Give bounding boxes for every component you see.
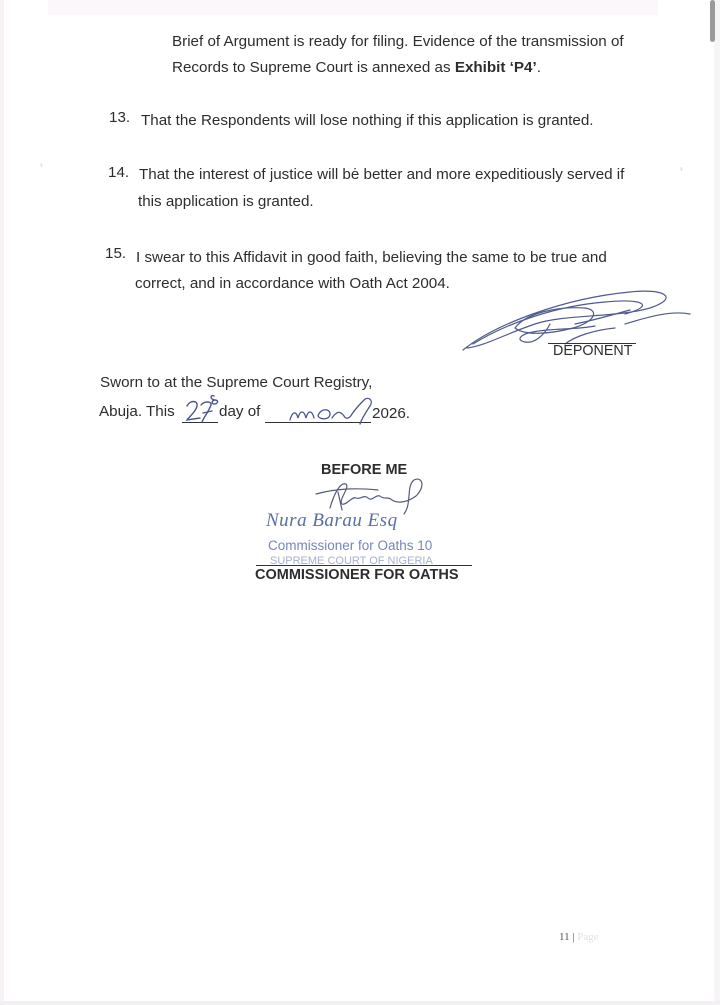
handwritten-month-icon: [288, 394, 378, 426]
paragraph-14-line-1: That the interest of justice will bė bet…: [139, 166, 624, 183]
scan-speck: ˀ: [40, 164, 42, 171]
page-word: Page: [577, 931, 598, 943]
exhibit-reference: Exhibit ‘P4’: [455, 59, 537, 76]
continuation-line-1: Brief of Argument is ready for filing. E…: [172, 33, 624, 50]
jurat-year: 2026.: [372, 405, 410, 422]
previous-page-edge: [48, 0, 658, 15]
paragraph-13-number: 13.: [109, 109, 130, 126]
commissioner-stamp-title: Commissioner for Oaths 10: [268, 538, 432, 553]
scrollbar-thumb[interactable]: [710, 0, 715, 42]
scan-speck: ˀ: [680, 168, 682, 175]
period: .: [537, 59, 541, 76]
continuation-line-2: Records to Supreme Court is annexed as E…: [172, 59, 541, 76]
commissioner-signature-line: [256, 565, 472, 566]
page-left-edge: [0, 0, 4, 1005]
scroll-track[interactable]: [714, 0, 720, 1005]
handwritten-day-icon: [184, 390, 224, 426]
jurat-line-1: Sworn to at the Supreme Court Registry,: [100, 374, 372, 391]
page-bottom-edge: [0, 1001, 720, 1005]
paragraph-14-number: 14.: [108, 164, 129, 181]
jurat-line-2-prefix: Abuja. This: [99, 403, 175, 420]
commissioner-stamp-name: Nura Barau Esq: [266, 510, 398, 532]
page-number-separator: |: [572, 931, 574, 943]
paragraph-13-text: That the Respondents will lose nothing i…: [141, 112, 594, 129]
page-number: 11 | Page: [559, 931, 599, 943]
jurat-day-of: day of: [219, 403, 260, 420]
paragraph-14-line-2: this application is granted.: [138, 193, 314, 210]
paragraph-15-line-1: I swear to this Affidavit in good faith,…: [136, 249, 607, 266]
commissioner-label: COMMISSIONER FOR OATHS: [255, 567, 459, 583]
page-number-value: 11: [559, 931, 570, 943]
continuation-text: Records to Supreme Court is annexed as: [172, 59, 455, 76]
paragraph-15-number: 15.: [105, 245, 126, 262]
deponent-label: DEPONENT: [553, 343, 632, 359]
paragraph-15-line-2: correct, and in accordance with Oath Act…: [135, 275, 450, 292]
